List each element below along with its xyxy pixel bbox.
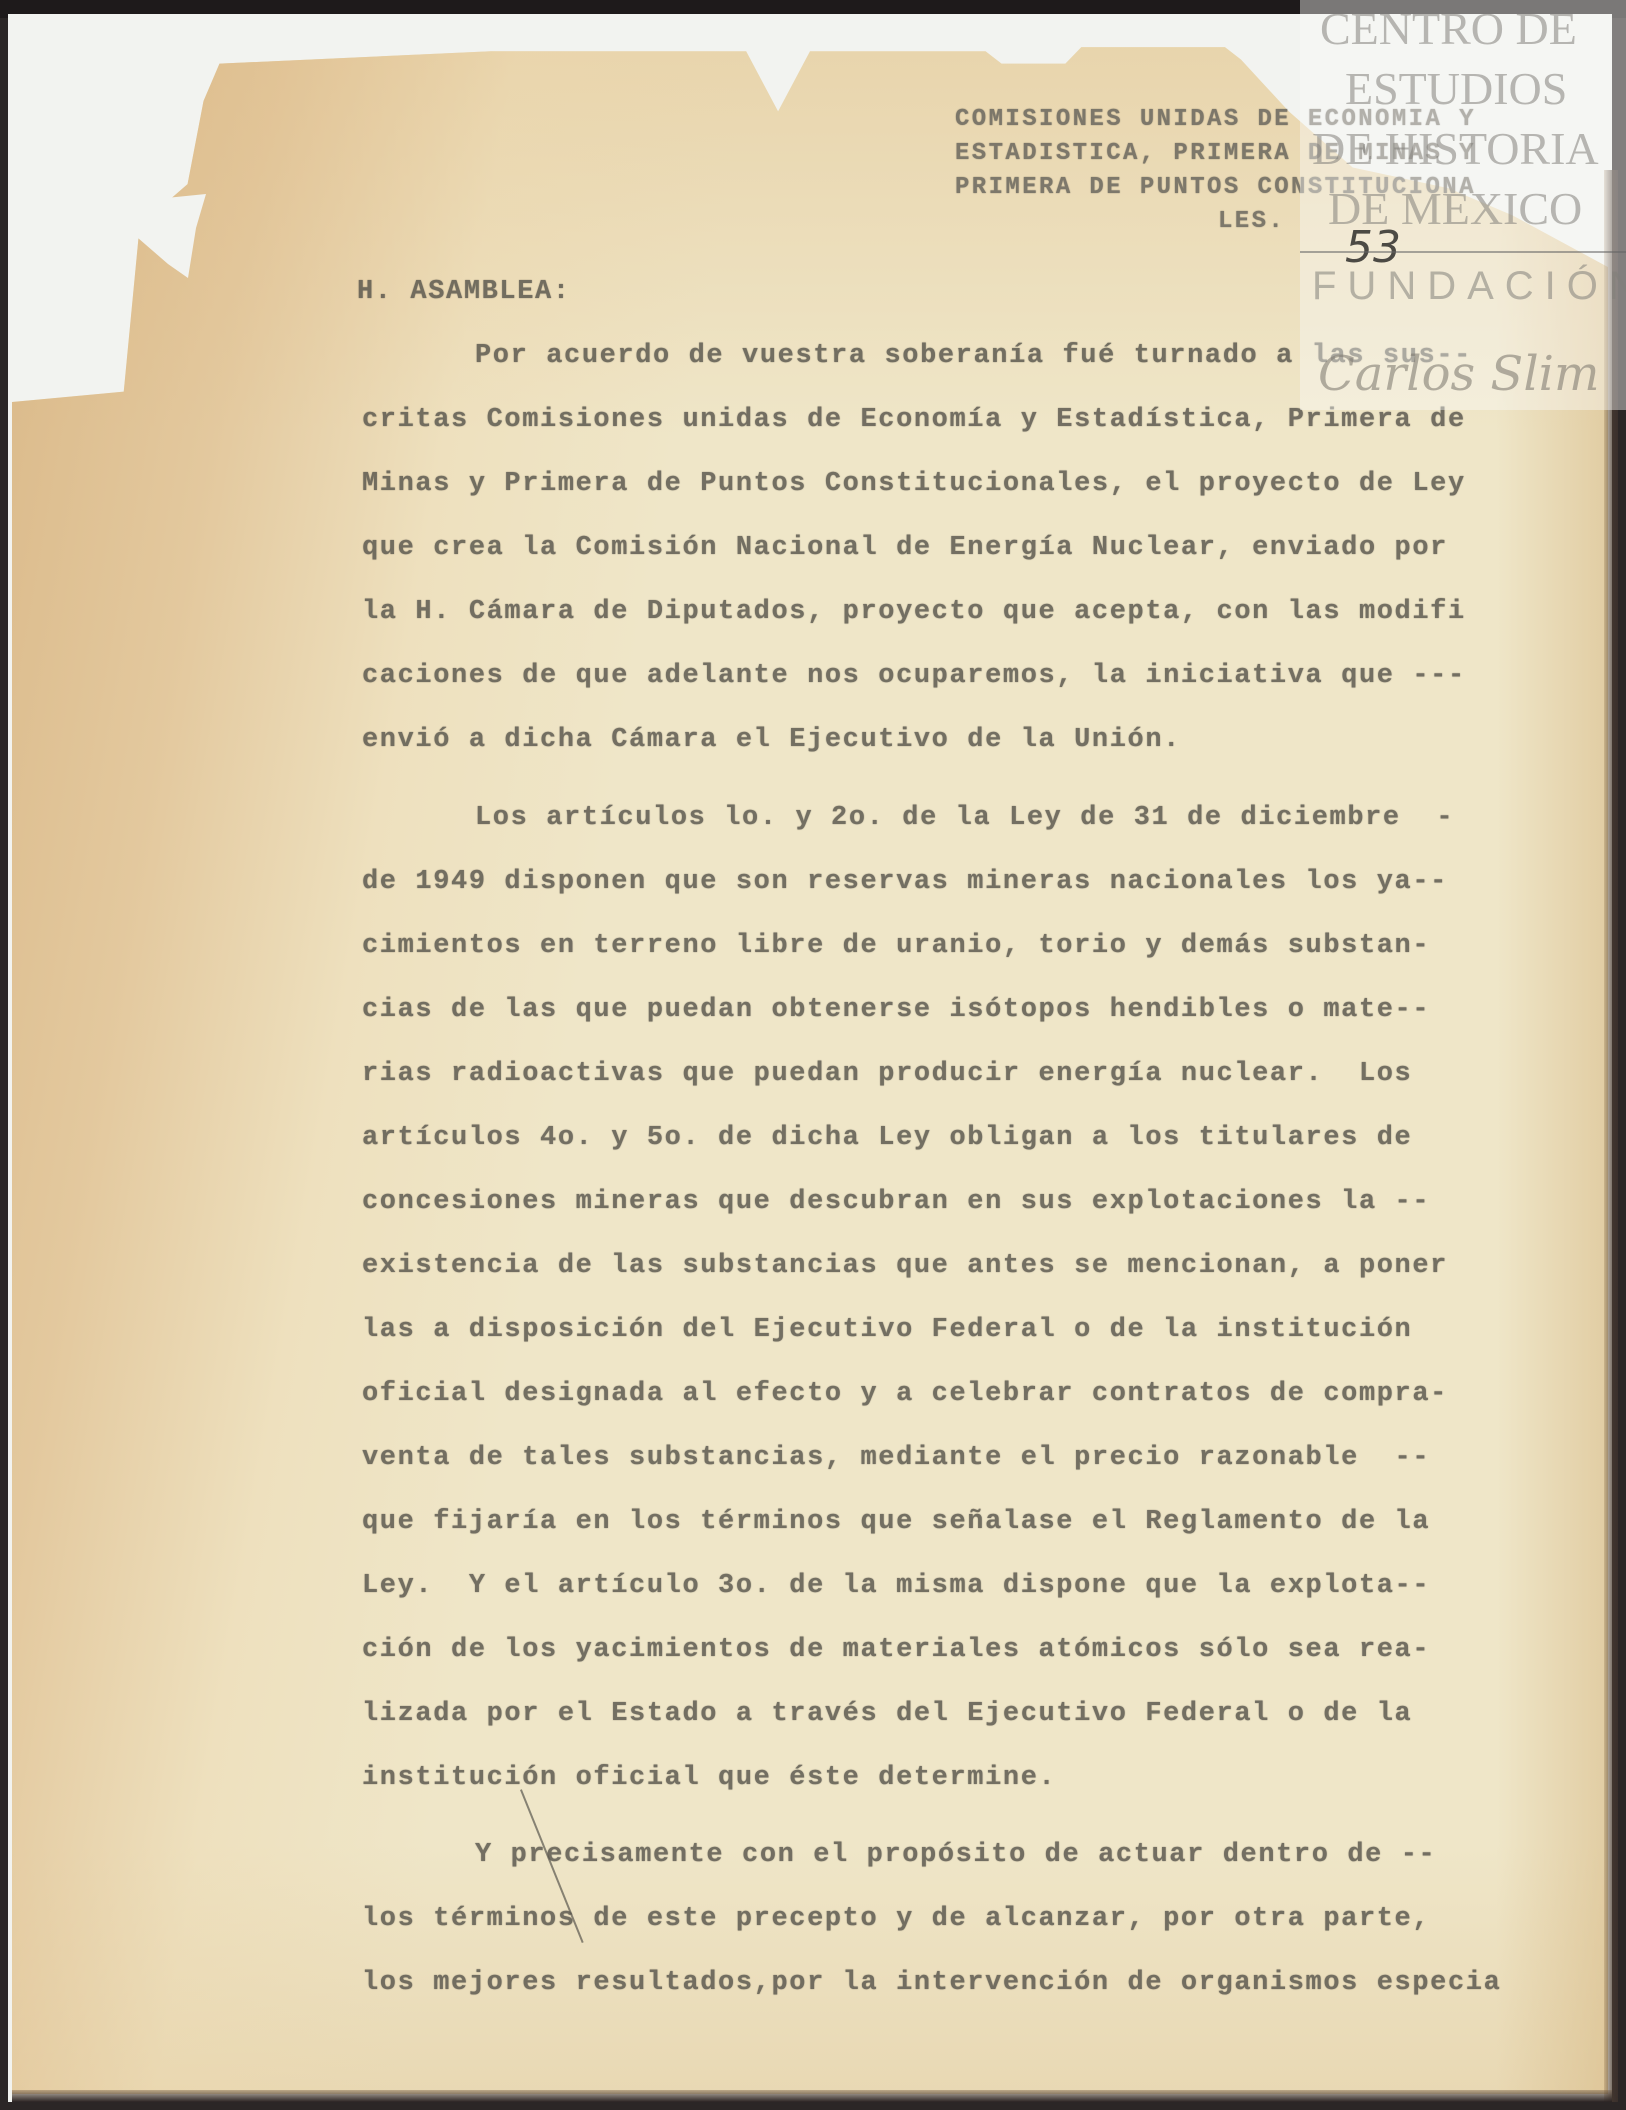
body-line: que fijaría en los términos que señalase… xyxy=(362,1507,1430,1537)
body-line: los términos de este precepto y de alcan… xyxy=(362,1904,1430,1934)
body-line: venta de tales substancias, mediante el … xyxy=(362,1443,1430,1473)
body-line: de 1949 disponen que son reservas minera… xyxy=(362,867,1448,897)
header-line-4: LES. xyxy=(1218,208,1285,235)
body-line: concesiones mineras que descubran en sus… xyxy=(362,1187,1430,1217)
watermark-line-2: ESTUDIOS xyxy=(1345,62,1567,115)
body-line: envió a dicha Cámara el Ejecutivo de la … xyxy=(362,725,1181,755)
paper-bottom-edge xyxy=(12,2090,1612,2102)
watermark-line-1: CENTRO DE xyxy=(1320,2,1577,55)
watermark-line-3: DE HISTORIA xyxy=(1312,122,1599,175)
watermark-foundation: FUNDACIÓN xyxy=(1312,264,1626,309)
paper-right-edge xyxy=(1604,170,1618,2102)
body-line: las a disposición del Ejecutivo Federal … xyxy=(362,1315,1412,1345)
body-line: caciones de que adelante nos ocuparemos,… xyxy=(362,661,1466,691)
body-line: cias de las que puedan obtenerse isótopo… xyxy=(362,995,1430,1025)
watermark-divider xyxy=(1300,251,1626,253)
body-line: Ley. Y el artículo 3o. de la misma dispo… xyxy=(362,1571,1430,1601)
body-line: lizada por el Estado a través del Ejecut… xyxy=(362,1699,1412,1729)
body-line: oficial designada al efecto y a celebrar… xyxy=(362,1379,1448,1409)
body-line: que crea la Comisión Nacional de Energía… xyxy=(362,533,1448,563)
body-line: la H. Cámara de Diputados, proyecto que … xyxy=(362,597,1466,627)
body-line: institución oficial que éste determine. xyxy=(362,1763,1056,1793)
body-line: ción de los yacimientos de materiales at… xyxy=(362,1635,1430,1665)
body-line: Minas y Primera de Puntos Constitucional… xyxy=(362,469,1466,499)
watermark-signature: Carlos Slim xyxy=(1318,346,1600,402)
body-line: artículos 4o. y 5o. de dicha Ley obligan… xyxy=(362,1123,1412,1153)
body-line: rias radioactivas que puedan producir en… xyxy=(362,1059,1412,1089)
body-line: los mejores resultados,por la intervenci… xyxy=(362,1968,1501,1998)
body-line: existencia de las substancias que antes … xyxy=(362,1251,1448,1281)
salutation: H. ASAMBLEA: xyxy=(357,277,571,307)
body-line: Y precisamente con el propósito de actua… xyxy=(475,1840,1436,1870)
body-line: Los artículos lo. y 2o. de la Ley de 31 … xyxy=(475,803,1454,833)
body-line: cimientos en terreno libre de uranio, to… xyxy=(362,931,1430,961)
